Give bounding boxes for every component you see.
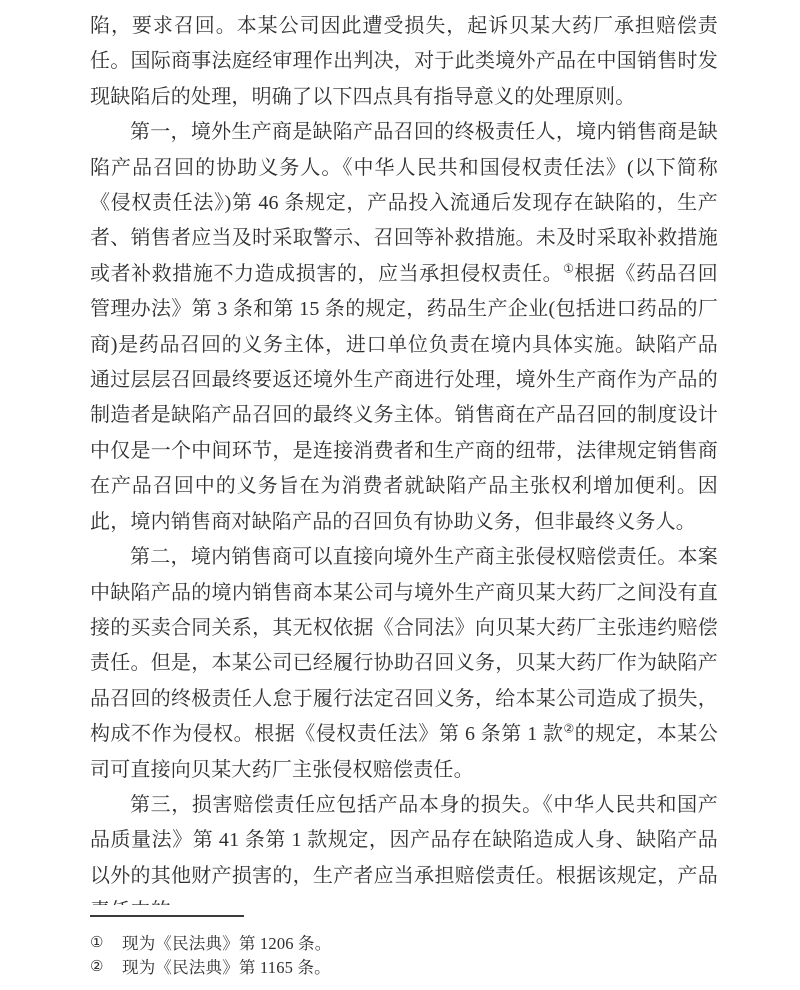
paragraph: 陷，要求召回。本某公司因此遭受损失，起诉贝某大药厂承担赔偿责任。国际商事法庭经审… bbox=[90, 9, 718, 115]
paragraph: 第三，损害赔偿责任应包括产品本身的损失。《中华人民共和国产品质量法》第 41 条… bbox=[90, 788, 718, 905]
footnote-area: ①现为《民法典》第 1206 条。②现为《民法典》第 1165 条。 bbox=[90, 906, 718, 979]
document-page: 陷，要求召回。本某公司因此遭受损失，起诉贝某大药厂承担赔偿责任。国际商事法庭经审… bbox=[0, 0, 800, 990]
footnote-ref-marker: ② bbox=[564, 721, 575, 735]
paragraph: 第二，境内销售商可以直接向境外生产商主张侵权赔偿责任。本案中缺陷产品的境内销售商… bbox=[90, 540, 718, 788]
body-text: 陷，要求召回。本某公司因此遭受损失，起诉贝某大药厂承担赔偿责任。国际商事法庭经审… bbox=[90, 9, 718, 905]
footnote-ref-marker: ① bbox=[563, 261, 574, 275]
footnote-marker: ① bbox=[90, 932, 122, 956]
paragraph: 第一，境外生产商是缺陷产品召回的终极责任人，境内销售商是缺陷产品召回的协助义务人… bbox=[90, 115, 718, 540]
footnote-item: ②现为《民法典》第 1165 条。 bbox=[90, 956, 718, 980]
footnote-list: ①现为《民法典》第 1206 条。②现为《民法典》第 1165 条。 bbox=[90, 932, 718, 979]
footnote-text: 现为《民法典》第 1165 条。 bbox=[122, 956, 718, 980]
footnote-divider bbox=[90, 915, 244, 917]
footnote-text: 现为《民法典》第 1206 条。 bbox=[122, 932, 718, 956]
footnote-item: ①现为《民法典》第 1206 条。 bbox=[90, 932, 718, 956]
footnote-marker: ② bbox=[90, 956, 122, 980]
